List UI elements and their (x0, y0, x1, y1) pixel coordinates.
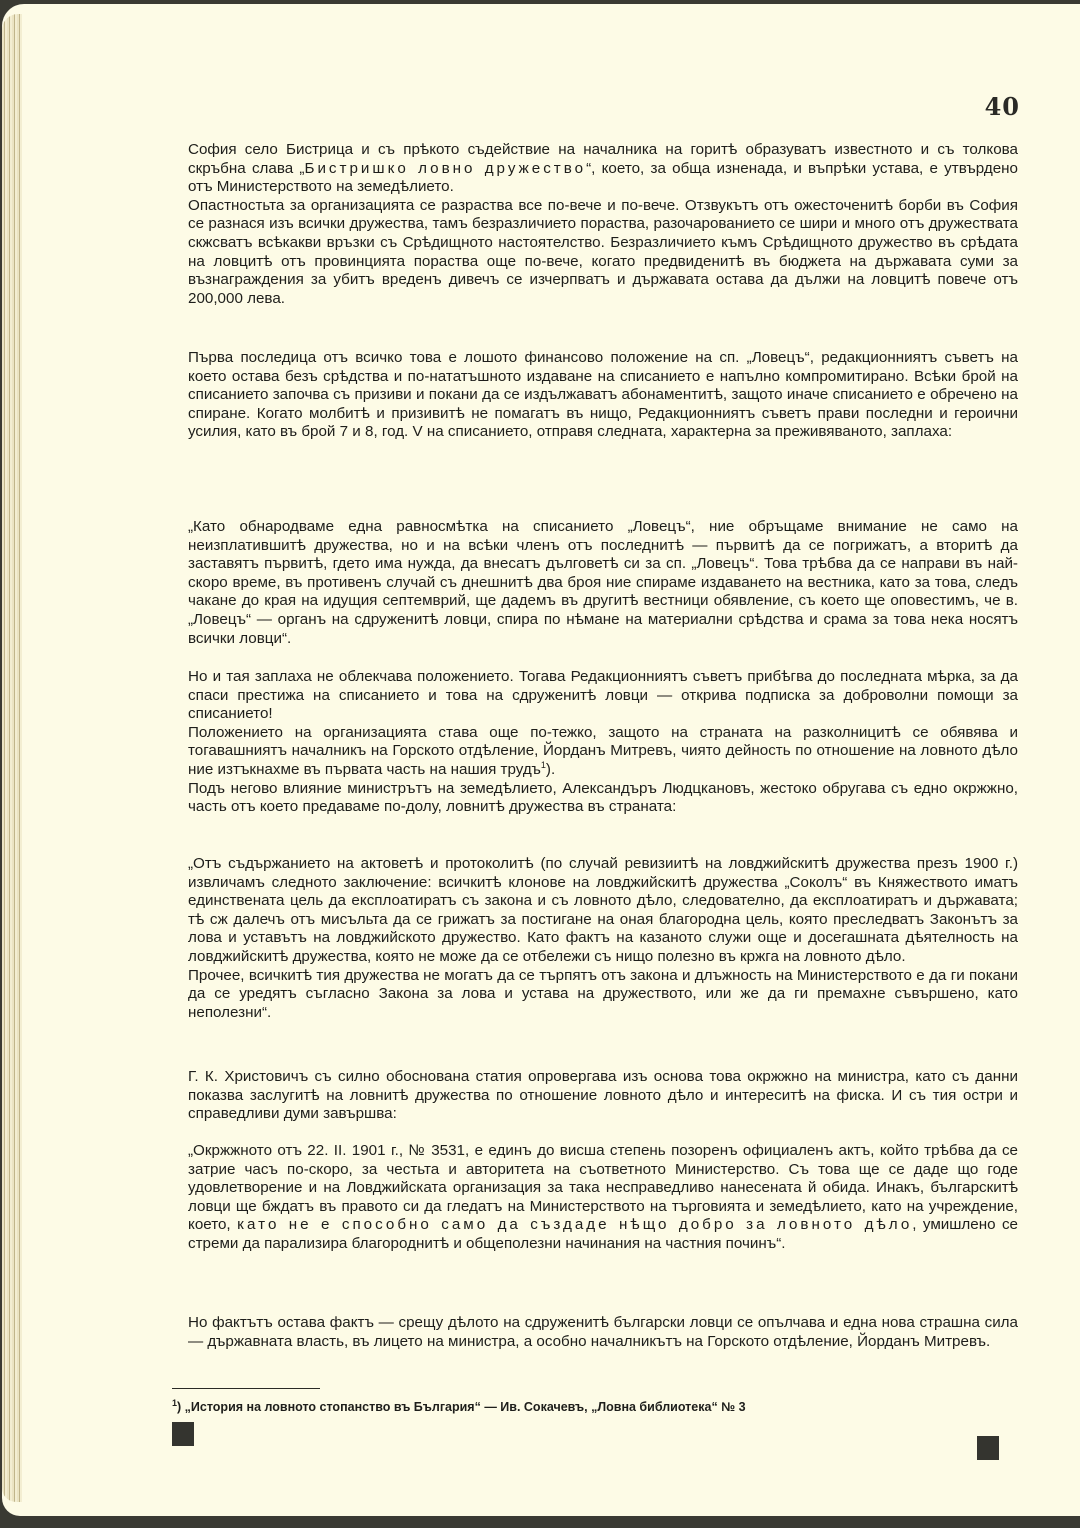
footnote-divider (172, 1388, 320, 1389)
spaced-title: Бистришко ловно дружество (304, 160, 586, 177)
paragraph: Опастностьта за организацията се разраст… (188, 197, 1018, 309)
page-stack-edges (2, 14, 22, 1502)
registration-mark-right (977, 1436, 999, 1460)
paragraph-block-1: София село Бистрица и съ прѣкото съдейст… (188, 141, 1018, 308)
paragraph: Г. К. Христовичъ съ силно обоснована ста… (188, 1068, 1018, 1124)
paragraph: Първа последица отъ всичко това е лошото… (188, 349, 1018, 442)
paragraph: Но и тая заплаха не облекчава положениет… (188, 668, 1018, 724)
quote-block-2: „Отъ съдържанието на актоветѣ и протокол… (188, 855, 1018, 1022)
quotation: „Окржжното отъ 22. II. 1901 г., № 3531, … (188, 1142, 1018, 1254)
page-number: 40 (985, 92, 1020, 121)
paragraph: Но фактътъ остава фактъ — срещу дѣлото н… (188, 1314, 1018, 1351)
footnote: 1) „История на ловното стопанство въ Бъл… (172, 1400, 746, 1414)
paragraph: Положението на организацията става още п… (188, 724, 1018, 780)
quotation: „Отъ съдържанието на актоветѣ и протокол… (188, 855, 1018, 967)
quotation: „Като обнародваме една равносмѣтка на сп… (188, 518, 1018, 648)
document-page: 40 София село Бистрица и съ прѣкото съде… (2, 4, 1080, 1516)
quote-block-3: „Окржжното отъ 22. II. 1901 г., № 3531, … (188, 1142, 1018, 1254)
paragraph-block-2: Първа последица отъ всичко това е лошото… (188, 349, 1018, 442)
paragraph-block-4: Г. К. Христовичъ съ силно обоснована ста… (188, 1068, 1018, 1124)
paragraph: София село Бистрица и съ прѣкото съдейст… (188, 141, 1018, 197)
paragraph-block-5: Но фактътъ остава фактъ — срещу дѣлото н… (188, 1314, 1018, 1351)
quote-block-1: „Като обнародваме една равносмѣтка на сп… (188, 518, 1018, 648)
paragraph-block-3: Но и тая заплаха не облекчава положениет… (188, 668, 1018, 817)
paragraph: Подъ негово влияние министрътъ на земедѣ… (188, 780, 1018, 817)
spaced-emphasis: като не е способно само да създаде нѣщо … (237, 1216, 912, 1233)
quotation: Прочее, всичкитѣ тия дружества не могатъ… (188, 967, 1018, 1023)
registration-mark-left (172, 1422, 194, 1446)
